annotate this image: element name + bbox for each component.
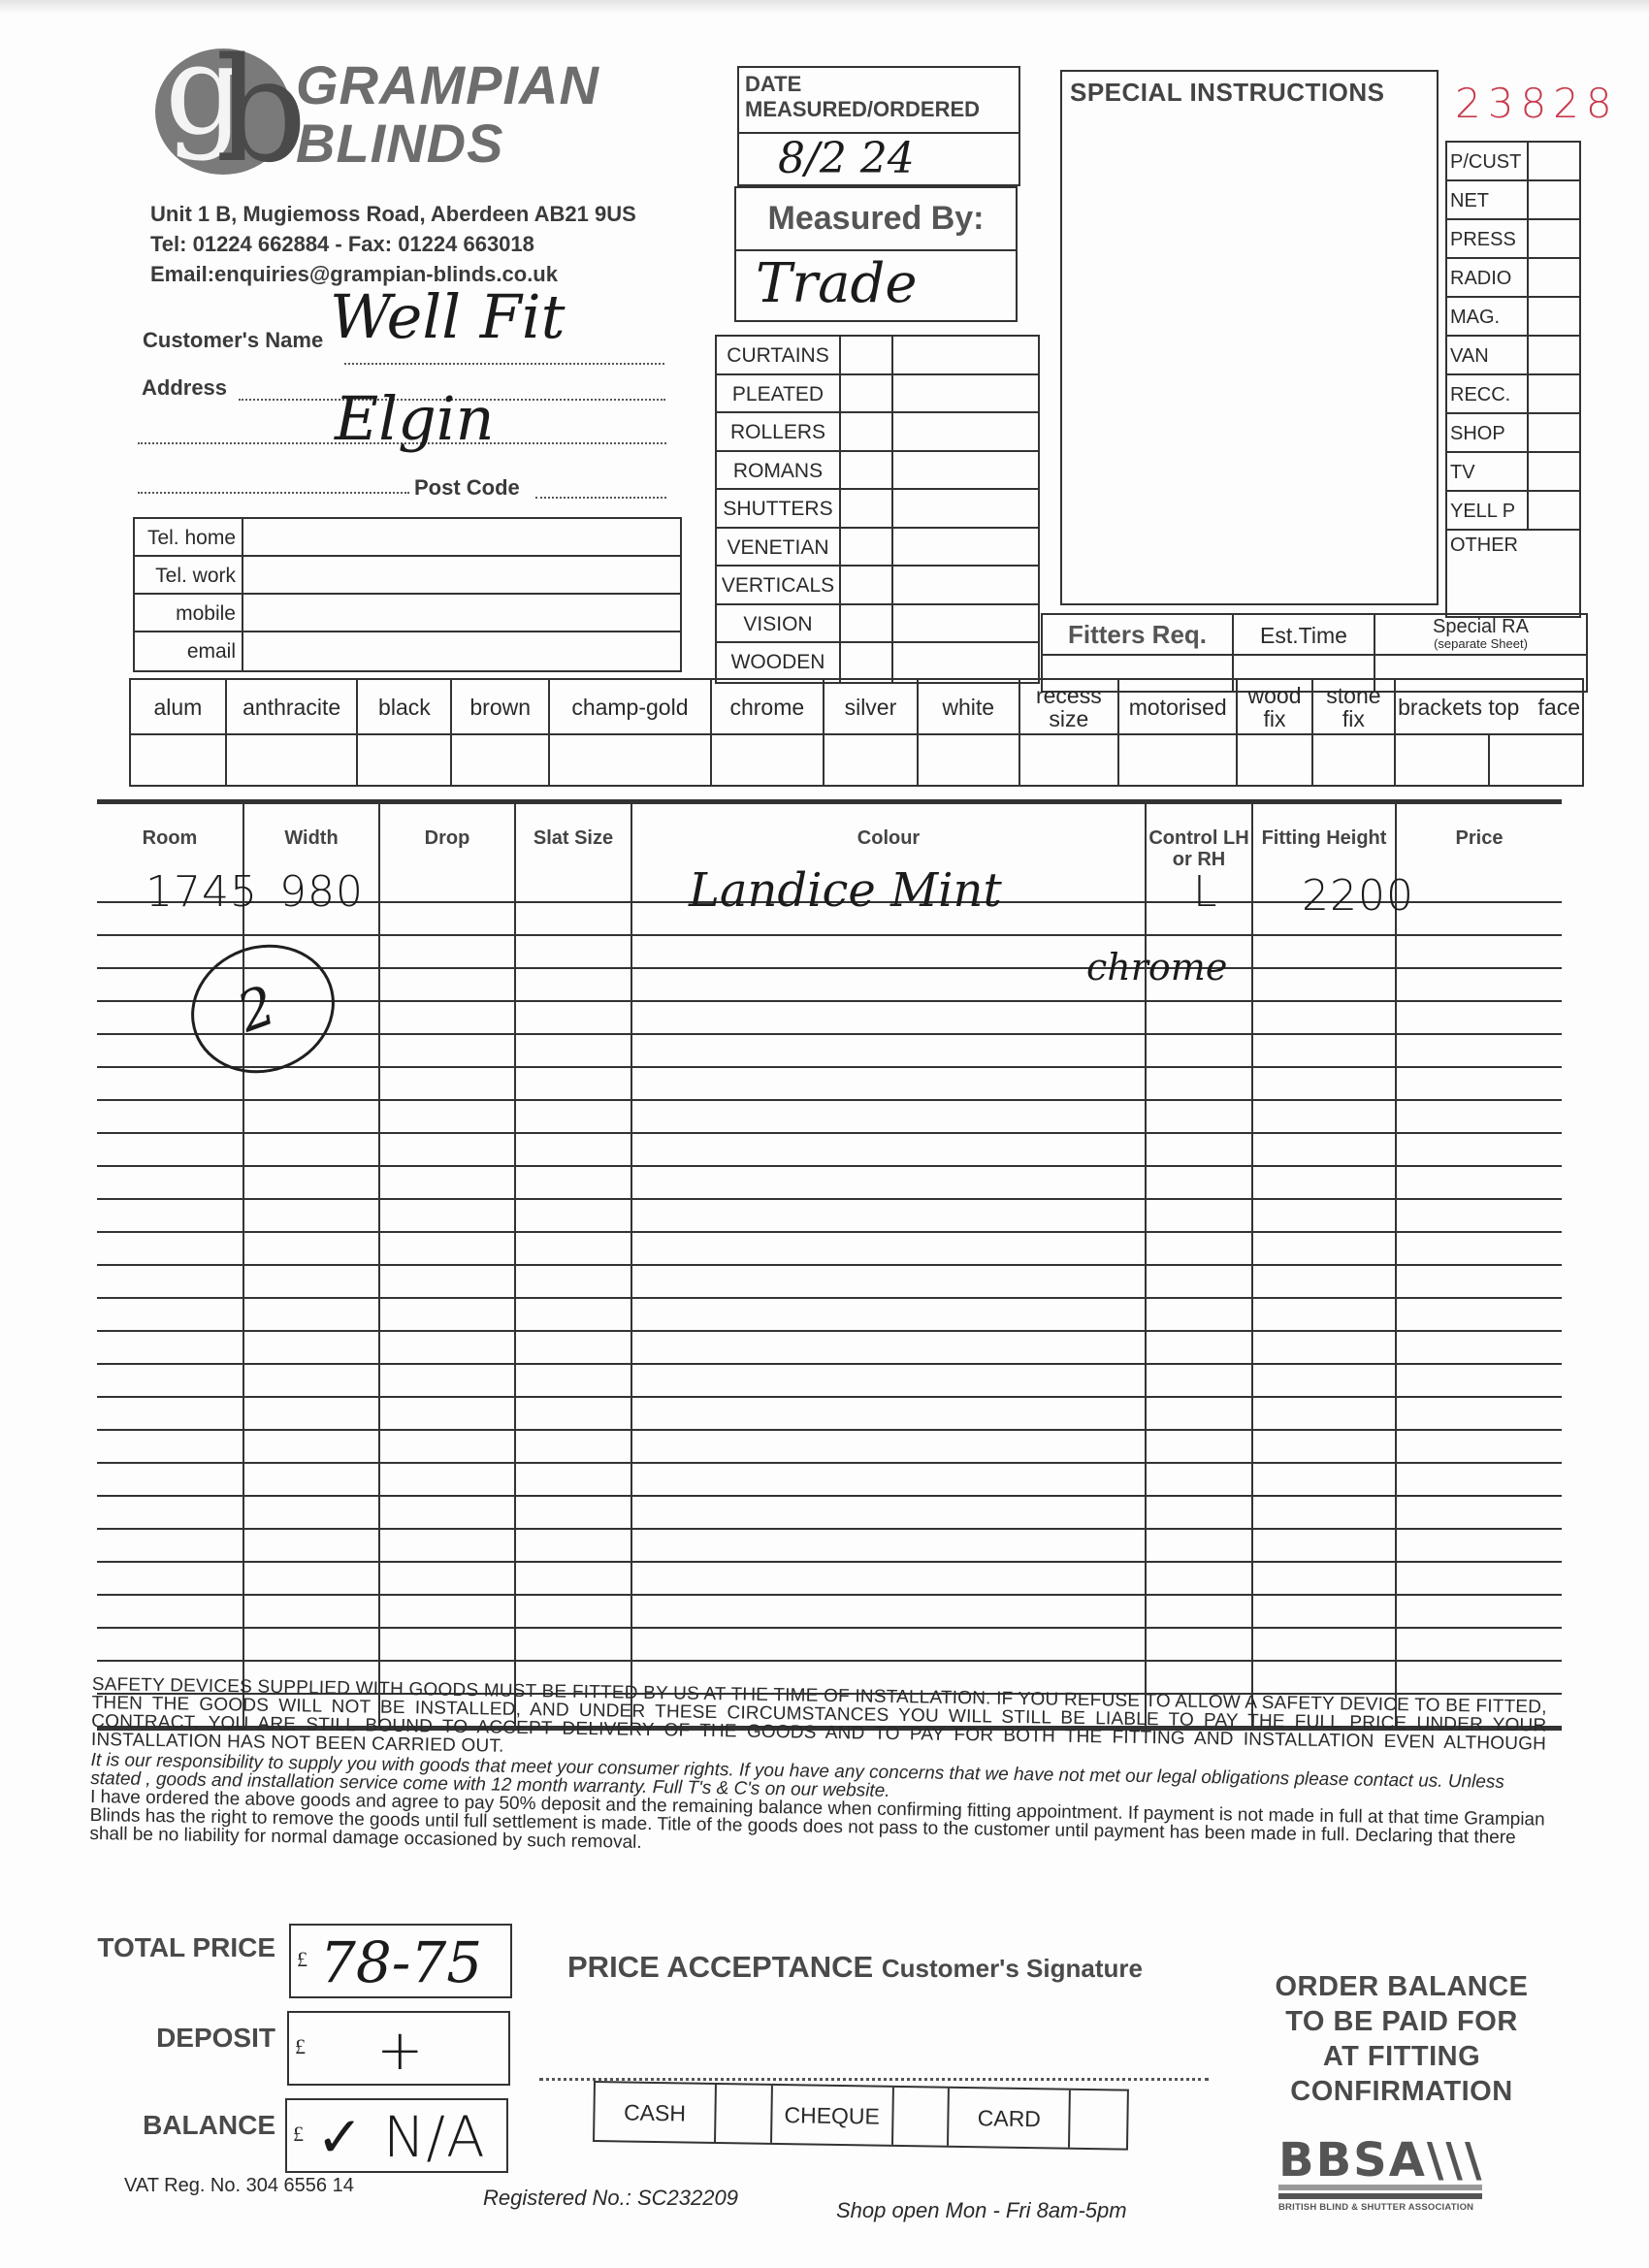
cell-colour[interactable]: [632, 1101, 1147, 1132]
source-other-field[interactable]: OTHER: [1447, 531, 1579, 616]
deposit-box[interactable]: £ +: [287, 2011, 510, 2086]
blind-type-qty[interactable]: [841, 337, 893, 373]
address-field[interactable]: Elgin: [335, 383, 495, 454]
cell-room[interactable]: [97, 1068, 244, 1099]
cell-drop[interactable]: [380, 1629, 516, 1660]
cell-price[interactable]: [1397, 1266, 1562, 1297]
cell-colour[interactable]: [632, 1200, 1147, 1231]
option-checkbox[interactable]: [452, 735, 548, 785]
row-1-colour[interactable]: Landice Mint: [689, 863, 1002, 918]
cell-control[interactable]: [1147, 1002, 1253, 1033]
cell-slat-size[interactable]: [516, 1332, 632, 1363]
option-brown: brown: [452, 680, 550, 785]
table-row: [97, 1495, 1562, 1528]
blind-type-qty[interactable]: [841, 567, 893, 603]
cell-control[interactable]: [1147, 1167, 1253, 1198]
cell-price[interactable]: [1397, 1398, 1562, 1429]
cell-control[interactable]: [1147, 1266, 1253, 1297]
cell-fitting-height[interactable]: [1253, 1596, 1397, 1627]
cell-room[interactable]: [97, 1167, 244, 1198]
blind-type-note[interactable]: [893, 567, 1038, 603]
cell-fitting-height[interactable]: [1253, 1233, 1397, 1264]
cell-price[interactable]: [1397, 1200, 1562, 1231]
cell-room[interactable]: [97, 1497, 244, 1528]
cell-width[interactable]: [244, 1497, 380, 1528]
special-ra-note: (separate Sheet): [1375, 635, 1586, 653]
cell-width[interactable]: [244, 1398, 380, 1429]
bbsa-tagline: BRITISH BLIND & SHUTTER ASSOCIATION: [1278, 2202, 1511, 2213]
cell-control[interactable]: [1147, 1200, 1253, 1231]
cell-control[interactable]: [1147, 1431, 1253, 1462]
cell-width[interactable]: [244, 1530, 380, 1561]
cell-room[interactable]: [97, 1200, 244, 1231]
cell-room[interactable]: [97, 1134, 244, 1165]
cell-slat-size[interactable]: [516, 903, 632, 934]
cell-fitting-height[interactable]: [1253, 1563, 1397, 1594]
cell-control[interactable]: [1147, 1332, 1253, 1363]
blind-type-note[interactable]: [893, 337, 1038, 373]
balance-value[interactable]: ✓ N/A: [316, 2100, 486, 2175]
cell-drop[interactable]: [380, 1530, 516, 1561]
cell-colour[interactable]: [632, 1035, 1147, 1066]
cell-width[interactable]: [244, 1629, 380, 1660]
cell-drop[interactable]: [380, 1002, 516, 1033]
total-price-box[interactable]: £ 78-75: [289, 1924, 512, 1998]
cell-colour[interactable]: [632, 1365, 1147, 1396]
cell-control[interactable]: [1147, 1365, 1253, 1396]
cell-colour[interactable]: [632, 1563, 1147, 1594]
source-checkbox[interactable]: [1529, 492, 1579, 529]
cell-fitting-height[interactable]: [1253, 1200, 1397, 1231]
table-row: [97, 1330, 1562, 1363]
option-checkbox[interactable]: [1238, 735, 1311, 785]
cell-width[interactable]: [244, 1596, 380, 1627]
blind-type-note[interactable]: [893, 375, 1038, 412]
measured-by-field[interactable]: Trade: [736, 251, 1016, 317]
cell-fitting-height[interactable]: [1253, 1398, 1397, 1429]
blind-type-label: SHUTTERS: [717, 490, 841, 527]
cell-price[interactable]: [1397, 1002, 1562, 1033]
option-recess-size: recess size: [1020, 680, 1120, 785]
cell-colour[interactable]: [632, 936, 1147, 967]
source-label: RADIO: [1447, 259, 1529, 296]
cell-drop[interactable]: [380, 1365, 516, 1396]
row-1-drop[interactable]: 980: [279, 867, 364, 917]
cell-colour[interactable]: [632, 1629, 1147, 1660]
cell-colour[interactable]: [632, 1497, 1147, 1528]
cell-slat-size[interactable]: [516, 1629, 632, 1660]
cell-drop[interactable]: [380, 969, 516, 1000]
cell-colour[interactable]: [632, 1530, 1147, 1561]
cell-control[interactable]: [1147, 1563, 1253, 1594]
cell-room[interactable]: [97, 1266, 244, 1297]
cell-colour[interactable]: [632, 1299, 1147, 1330]
payment-cheque-checkbox[interactable]: [893, 2088, 951, 2146]
cell-colour[interactable]: [632, 1068, 1147, 1099]
cell-fitting-height[interactable]: [1253, 969, 1397, 1000]
cell-room[interactable]: [97, 1464, 244, 1495]
option-label: champ-gold: [550, 680, 710, 735]
option-checkbox[interactable]: [358, 735, 450, 785]
source-checkbox[interactable]: [1529, 414, 1579, 451]
option-stone-fix: stone fix: [1313, 680, 1396, 785]
cell-control[interactable]: [1147, 1497, 1253, 1528]
cell-fitting-height[interactable]: [1253, 1365, 1397, 1396]
cell-slat-size[interactable]: [516, 1530, 632, 1561]
order-table: Room Width Drop Slat Size Colour Control…: [97, 799, 1562, 1731]
cell-colour[interactable]: [632, 1134, 1147, 1165]
bracket-face-checkbox[interactable]: [1488, 735, 1582, 785]
cell-slat-size[interactable]: [516, 969, 632, 1000]
cell-slat-size[interactable]: [516, 1233, 632, 1264]
table-row: [97, 1297, 1562, 1330]
deposit-value[interactable]: +: [376, 2013, 425, 2088]
option-checkbox[interactable]: [227, 735, 357, 785]
cell-control[interactable]: [1147, 1035, 1253, 1066]
blind-type-qty[interactable]: [841, 413, 893, 450]
cell-price[interactable]: [1397, 1101, 1562, 1132]
blind-type-note[interactable]: [893, 452, 1038, 489]
address-label: Address: [142, 375, 227, 401]
cell-drop[interactable]: [380, 1497, 516, 1528]
blind-type-qty[interactable]: [841, 490, 893, 527]
tel-work-field[interactable]: [243, 557, 680, 593]
cell-drop[interactable]: [380, 1299, 516, 1330]
room-mark-value: 2: [230, 974, 284, 1045]
mobile-field[interactable]: [243, 595, 680, 631]
source-row[interactable]: SHOP: [1447, 414, 1579, 453]
option-checkbox[interactable]: [824, 735, 917, 785]
source-checkbox[interactable]: [1529, 298, 1579, 335]
source-label: P/CUST: [1447, 143, 1529, 179]
cell-room[interactable]: [97, 1233, 244, 1264]
source-label: NET: [1447, 181, 1529, 218]
blind-type-note[interactable]: [893, 529, 1038, 566]
blind-type-qty[interactable]: [841, 452, 893, 489]
source-label: YELL P: [1447, 492, 1529, 529]
cell-price[interactable]: [1397, 1068, 1562, 1099]
cell-fitting-height[interactable]: [1253, 1002, 1397, 1033]
date-measured-field[interactable]: 8/2 24: [739, 134, 1018, 184]
option-checkbox[interactable]: [550, 735, 710, 785]
source-checkbox[interactable]: [1529, 375, 1579, 412]
cell-colour[interactable]: [632, 1266, 1147, 1297]
cell-price[interactable]: [1397, 1431, 1562, 1462]
balance-box[interactable]: £ ✓ N/A: [285, 2098, 508, 2173]
cell-drop[interactable]: [380, 1200, 516, 1231]
source-row[interactable]: MAG.: [1447, 298, 1579, 337]
blind-type-note[interactable]: [893, 413, 1038, 450]
cell-price[interactable]: [1397, 1629, 1562, 1660]
source-checkbox[interactable]: [1529, 220, 1579, 257]
vat-number: VAT Reg. No. 304 6556 14: [124, 2175, 354, 2197]
cell-width[interactable]: [244, 1233, 380, 1264]
cell-width[interactable]: [244, 1563, 380, 1594]
cell-room[interactable]: [97, 1563, 244, 1594]
cell-slat-size[interactable]: [516, 1299, 632, 1330]
cell-colour[interactable]: [632, 1002, 1147, 1033]
customer-signature-label: Customer's Signature: [882, 1954, 1143, 1983]
cell-width[interactable]: [244, 1200, 380, 1231]
cell-fitting-height[interactable]: [1253, 1629, 1397, 1660]
source-row[interactable]: PRESS: [1447, 220, 1579, 259]
cell-drop[interactable]: [380, 1035, 516, 1066]
option-checkbox[interactable]: [1020, 735, 1118, 785]
cell-width[interactable]: [244, 1167, 380, 1198]
cell-price[interactable]: [1397, 1299, 1562, 1330]
tel-home-field[interactable]: [243, 519, 680, 555]
cell-colour[interactable]: [632, 1464, 1147, 1495]
blind-type-row: CURTAINS: [717, 337, 1038, 375]
cell-fitting-height[interactable]: [1253, 1134, 1397, 1165]
cell-fitting-height[interactable]: [1253, 1167, 1397, 1198]
cell-slat-size[interactable]: [516, 1200, 632, 1231]
cell-drop[interactable]: [380, 903, 516, 934]
option-checkbox[interactable]: [1119, 735, 1236, 785]
cell-fitting-height[interactable]: [1253, 1068, 1397, 1099]
blind-type-label: ROMANS: [717, 452, 841, 489]
cell-fitting-height[interactable]: [1253, 1497, 1397, 1528]
source-checkbox[interactable]: [1529, 337, 1579, 373]
blind-type-label: VISION: [717, 605, 841, 642]
cell-control[interactable]: [1147, 1530, 1253, 1561]
cell-price[interactable]: [1397, 1167, 1562, 1198]
company-address: Unit 1 B, Mugiemoss Road, Aberdeen AB21 …: [150, 199, 636, 229]
cell-price[interactable]: [1397, 1365, 1562, 1396]
cell-drop[interactable]: [380, 1233, 516, 1264]
notice-line: CONFIRMATION: [1251, 2074, 1552, 2109]
customer-name-field[interactable]: Well Fit: [330, 281, 566, 352]
cell-price[interactable]: [1397, 1035, 1562, 1066]
pound-sign: £: [293, 2122, 304, 2147]
option-checkbox[interactable]: [919, 735, 1018, 785]
cell-slat-size[interactable]: [516, 1365, 632, 1396]
cell-room[interactable]: [97, 1530, 244, 1561]
cell-control[interactable]: [1147, 1629, 1253, 1660]
cell-price[interactable]: [1397, 1497, 1562, 1528]
cell-control[interactable]: [1147, 1299, 1253, 1330]
cell-control[interactable]: [1147, 1233, 1253, 1264]
source-row[interactable]: NET: [1447, 181, 1579, 220]
source-checkbox[interactable]: [1529, 143, 1579, 179]
cell-width[interactable]: [244, 1464, 380, 1495]
cell-colour[interactable]: [632, 1332, 1147, 1363]
brand-name: GRAMPIAN BLINDS: [296, 56, 599, 173]
cell-colour[interactable]: [632, 1431, 1147, 1462]
customer-signature-field[interactable]: [539, 2078, 1209, 2081]
measured-by-label: Measured By:: [736, 188, 1016, 251]
cell-width[interactable]: [244, 1266, 380, 1297]
payment-cash-checkbox[interactable]: [716, 2085, 773, 2143]
cell-drop[interactable]: [380, 1068, 516, 1099]
table-row: [97, 1066, 1562, 1099]
cell-fitting-height[interactable]: [1253, 1266, 1397, 1297]
cell-price[interactable]: [1397, 1332, 1562, 1363]
cell-room[interactable]: [97, 1299, 244, 1330]
cell-room[interactable]: [97, 1365, 244, 1396]
row-1-control[interactable]: L: [1193, 867, 1218, 917]
cell-room[interactable]: [97, 1596, 244, 1627]
cell-slat-size[interactable]: [516, 1035, 632, 1066]
cell-control[interactable]: [1147, 1068, 1253, 1099]
source-row[interactable]: YELL P: [1447, 492, 1579, 531]
option-champ-gold: champ-gold: [550, 680, 712, 785]
cell-room[interactable]: [97, 1332, 244, 1363]
source-row[interactable]: VAN: [1447, 337, 1579, 375]
cell-slat-size[interactable]: [516, 1167, 632, 1198]
source-label: MAG.: [1447, 298, 1529, 335]
cell-drop[interactable]: [380, 936, 516, 967]
cell-colour[interactable]: [632, 1398, 1147, 1429]
source-row[interactable]: P/CUST: [1447, 143, 1579, 181]
table-row: [97, 1132, 1562, 1165]
source-checkbox[interactable]: [1529, 181, 1579, 218]
payment-cheque-label: CHEQUE: [772, 2086, 894, 2145]
cell-room[interactable]: [97, 1431, 244, 1462]
cell-drop[interactable]: [380, 1332, 516, 1363]
cell-room[interactable]: [97, 1629, 244, 1660]
cell-drop[interactable]: [380, 1563, 516, 1594]
source-checkbox[interactable]: [1529, 453, 1579, 490]
cell-drop[interactable]: [380, 1596, 516, 1627]
option-wood-fix: wood fix: [1238, 680, 1313, 785]
special-ra-header: Special RA(separate Sheet): [1375, 615, 1586, 656]
cell-slat-size[interactable]: [516, 1266, 632, 1297]
row-1-colour-note[interactable]: chrome: [1086, 946, 1227, 988]
cell-drop[interactable]: [380, 1431, 516, 1462]
blind-type-qty[interactable]: [841, 605, 893, 642]
cell-drop[interactable]: [380, 1464, 516, 1495]
cell-drop[interactable]: [380, 1101, 516, 1132]
total-price-value[interactable]: 78-75: [320, 1926, 482, 2000]
option-checkbox[interactable]: [712, 735, 823, 785]
cell-control[interactable]: [1147, 1101, 1253, 1132]
cell-control[interactable]: [1147, 1398, 1253, 1429]
cell-fitting-height[interactable]: [1253, 1464, 1397, 1495]
date-measured-box: DATE MEASURED/ORDERED 8/2 24: [737, 66, 1020, 186]
blind-type-note[interactable]: [893, 643, 1038, 682]
shop-hours: Shop open Mon - Fri 8am-5pm: [836, 2198, 1127, 2223]
cell-width[interactable]: [244, 1365, 380, 1396]
cell-slat-size[interactable]: [516, 936, 632, 967]
cell-width[interactable]: [244, 1431, 380, 1462]
cell-fitting-height[interactable]: [1253, 1530, 1397, 1561]
cell-price[interactable]: [1397, 936, 1562, 967]
cell-drop[interactable]: [380, 1398, 516, 1429]
cell-price[interactable]: [1397, 1134, 1562, 1165]
source-checkbox[interactable]: [1529, 259, 1579, 296]
cell-price[interactable]: [1397, 969, 1562, 1000]
deposit-label: DEPOSIT: [81, 2023, 275, 2054]
cell-slat-size[interactable]: [516, 1497, 632, 1528]
source-row[interactable]: RECC.: [1447, 375, 1579, 414]
blind-type-qty[interactable]: [841, 643, 893, 682]
email-field[interactable]: [243, 632, 680, 670]
cell-control[interactable]: [1147, 1662, 1253, 1693]
cell-colour[interactable]: [632, 969, 1147, 1000]
cell-drop[interactable]: [380, 1266, 516, 1297]
cell-price[interactable]: [1397, 1563, 1562, 1594]
cell-slat-size[interactable]: [516, 1068, 632, 1099]
postcode-field[interactable]: [535, 497, 666, 499]
cell-price[interactable]: [1397, 903, 1562, 934]
cell-width[interactable]: [244, 1134, 380, 1165]
cell-price[interactable]: [1397, 1662, 1562, 1693]
table-row: [97, 1561, 1562, 1594]
bracket-top-checkbox[interactable]: [1396, 735, 1488, 785]
cell-fitting-height[interactable]: [1253, 1299, 1397, 1330]
blind-type-note[interactable]: [893, 605, 1038, 642]
source-row[interactable]: TV: [1447, 453, 1579, 492]
cell-price[interactable]: [1397, 1530, 1562, 1561]
cell-colour[interactable]: [632, 1233, 1147, 1264]
est-time-label: Est.Time: [1234, 615, 1374, 656]
cell-price[interactable]: [1397, 1596, 1562, 1627]
cell-fitting-height[interactable]: [1253, 1431, 1397, 1462]
special-instructions-box[interactable]: SPECIAL INSTRUCTIONS: [1060, 70, 1439, 605]
contact-row: Tel. work: [135, 557, 680, 595]
option-checkbox[interactable]: [1313, 735, 1394, 785]
terms-and-conditions: SAFETY DEVICES SUPPLIED WITH GOODS MUST …: [89, 1675, 1547, 1866]
cell-width[interactable]: [244, 1332, 380, 1363]
cell-control[interactable]: [1147, 1134, 1253, 1165]
cell-slat-size[interactable]: [516, 1563, 632, 1594]
cell-slat-size[interactable]: [516, 1596, 632, 1627]
cell-width[interactable]: [244, 1299, 380, 1330]
option-white: white: [919, 680, 1020, 785]
cell-width[interactable]: [244, 1101, 380, 1132]
row-1-fitting-height[interactable]: 2200: [1302, 871, 1414, 921]
cell-colour[interactable]: [632, 1596, 1147, 1627]
contact-label: email: [135, 632, 243, 670]
bracket-checkboxes: [1396, 735, 1582, 785]
cell-price[interactable]: [1397, 1233, 1562, 1264]
cell-slat-size[interactable]: [516, 1134, 632, 1165]
cell-room[interactable]: [97, 1101, 244, 1132]
registered-number: Registered No.: SC232209: [483, 2186, 738, 2211]
cell-slat-size[interactable]: [516, 1002, 632, 1033]
payment-card-checkbox[interactable]: [1070, 2090, 1126, 2149]
header-drop: Drop: [380, 804, 516, 901]
cell-slat-size[interactable]: [516, 1464, 632, 1495]
option-label: anthracite: [227, 680, 357, 735]
blind-type-note[interactable]: [893, 490, 1038, 527]
cell-colour[interactable]: [632, 1167, 1147, 1198]
cell-control[interactable]: [1147, 1596, 1253, 1627]
table-row: [97, 1099, 1562, 1132]
cell-drop[interactable]: [380, 1167, 516, 1198]
cell-slat-size[interactable]: [516, 1398, 632, 1429]
blind-type-row: PLEATED: [717, 375, 1038, 414]
row-1-width[interactable]: 1745: [145, 867, 258, 917]
blind-type-qty[interactable]: [841, 529, 893, 566]
cell-slat-size[interactable]: [516, 1101, 632, 1132]
cell-drop[interactable]: [380, 1134, 516, 1165]
cell-slat-size[interactable]: [516, 1431, 632, 1462]
blind-type-qty[interactable]: [841, 375, 893, 412]
cell-fitting-height[interactable]: [1253, 1662, 1397, 1693]
cell-fitting-height[interactable]: [1253, 1101, 1397, 1132]
company-contact: Unit 1 B, Mugiemoss Road, Aberdeen AB21 …: [150, 199, 636, 289]
cell-control[interactable]: [1147, 1464, 1253, 1495]
source-row[interactable]: RADIO: [1447, 259, 1579, 298]
cell-fitting-height[interactable]: [1253, 936, 1397, 967]
cell-fitting-height[interactable]: [1253, 1332, 1397, 1363]
cell-fitting-height[interactable]: [1253, 1035, 1397, 1066]
cell-room[interactable]: [97, 1398, 244, 1429]
cell-price[interactable]: [1397, 1464, 1562, 1495]
option-checkbox[interactable]: [131, 735, 225, 785]
